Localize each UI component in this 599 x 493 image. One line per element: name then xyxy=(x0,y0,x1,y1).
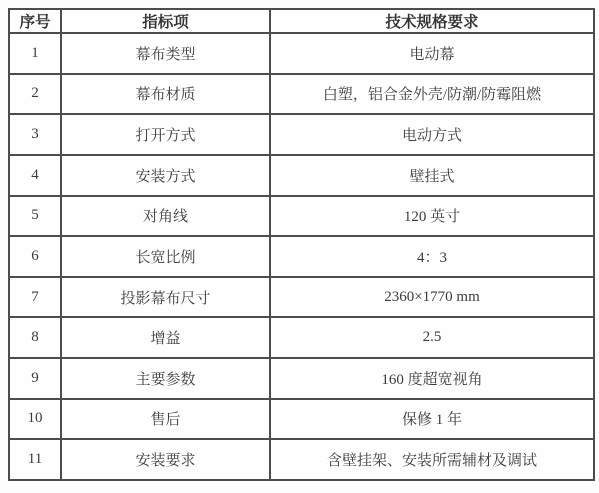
row-number-cell: 9 xyxy=(9,358,61,399)
spec-cell: 4：3 xyxy=(270,236,594,277)
table-row: 11 安装要求 含壁挂架、安装所需辅材及调试 xyxy=(9,439,594,480)
item-cell: 对角线 xyxy=(61,196,270,237)
item-cell: 主要参数 xyxy=(61,358,270,399)
item-cell: 售后 xyxy=(61,399,270,440)
row-number-cell: 3 xyxy=(9,114,61,155)
spec-cell: 2.5 xyxy=(270,317,594,358)
item-cell: 增益 xyxy=(61,317,270,358)
item-cell: 长宽比例 xyxy=(61,236,270,277)
spec-table: 序号 指标项 技术规格要求 1 幕布类型 电动幕 2 幕布材质 白塑，铝合金外壳… xyxy=(8,8,595,481)
item-cell: 安装要求 xyxy=(61,439,270,480)
row-number-cell: 8 xyxy=(9,317,61,358)
item-cell: 幕布类型 xyxy=(61,33,270,74)
column-header-spec: 技术规格要求 xyxy=(270,9,594,33)
table-row: 8 增益 2.5 xyxy=(9,317,594,358)
row-number-cell: 2 xyxy=(9,74,61,115)
table-header-row: 序号 指标项 技术规格要求 xyxy=(9,9,594,33)
item-cell: 安装方式 xyxy=(61,155,270,196)
row-number-cell: 6 xyxy=(9,236,61,277)
table-row: 4 安装方式 壁挂式 xyxy=(9,155,594,196)
spec-cell: 电动幕 xyxy=(270,33,594,74)
table-row: 6 长宽比例 4：3 xyxy=(9,236,594,277)
spec-cell: 2360×1770 mm xyxy=(270,277,594,318)
row-number-cell: 11 xyxy=(9,439,61,480)
row-number-cell: 4 xyxy=(9,155,61,196)
document-page: 序号 指标项 技术规格要求 1 幕布类型 电动幕 2 幕布材质 白塑，铝合金外壳… xyxy=(0,0,599,493)
spec-cell: 壁挂式 xyxy=(270,155,594,196)
item-cell: 投影幕布尺寸 xyxy=(61,277,270,318)
spec-cell: 白塑，铝合金外壳/防潮/防霉阻燃 xyxy=(270,74,594,115)
row-number-cell: 5 xyxy=(9,196,61,237)
spec-cell: 保修 1 年 xyxy=(270,399,594,440)
table-row: 1 幕布类型 电动幕 xyxy=(9,33,594,74)
column-header-item: 指标项 xyxy=(61,9,270,33)
item-cell: 幕布材质 xyxy=(61,74,270,115)
item-cell: 打开方式 xyxy=(61,114,270,155)
spec-cell: 电动方式 xyxy=(270,114,594,155)
table-row: 7 投影幕布尺寸 2360×1770 mm xyxy=(9,277,594,318)
spec-cell: 120 英寸 xyxy=(270,196,594,237)
row-number-cell: 1 xyxy=(9,33,61,74)
table-row: 9 主要参数 160 度超宽视角 xyxy=(9,358,594,399)
table-row: 5 对角线 120 英寸 xyxy=(9,196,594,237)
row-number-cell: 10 xyxy=(9,399,61,440)
column-header-index: 序号 xyxy=(9,9,61,33)
spec-cell: 160 度超宽视角 xyxy=(270,358,594,399)
table-row: 2 幕布材质 白塑，铝合金外壳/防潮/防霉阻燃 xyxy=(9,74,594,115)
spec-cell: 含壁挂架、安装所需辅材及调试 xyxy=(270,439,594,480)
table-row: 10 售后 保修 1 年 xyxy=(9,399,594,440)
table-row: 3 打开方式 电动方式 xyxy=(9,114,594,155)
row-number-cell: 7 xyxy=(9,277,61,318)
